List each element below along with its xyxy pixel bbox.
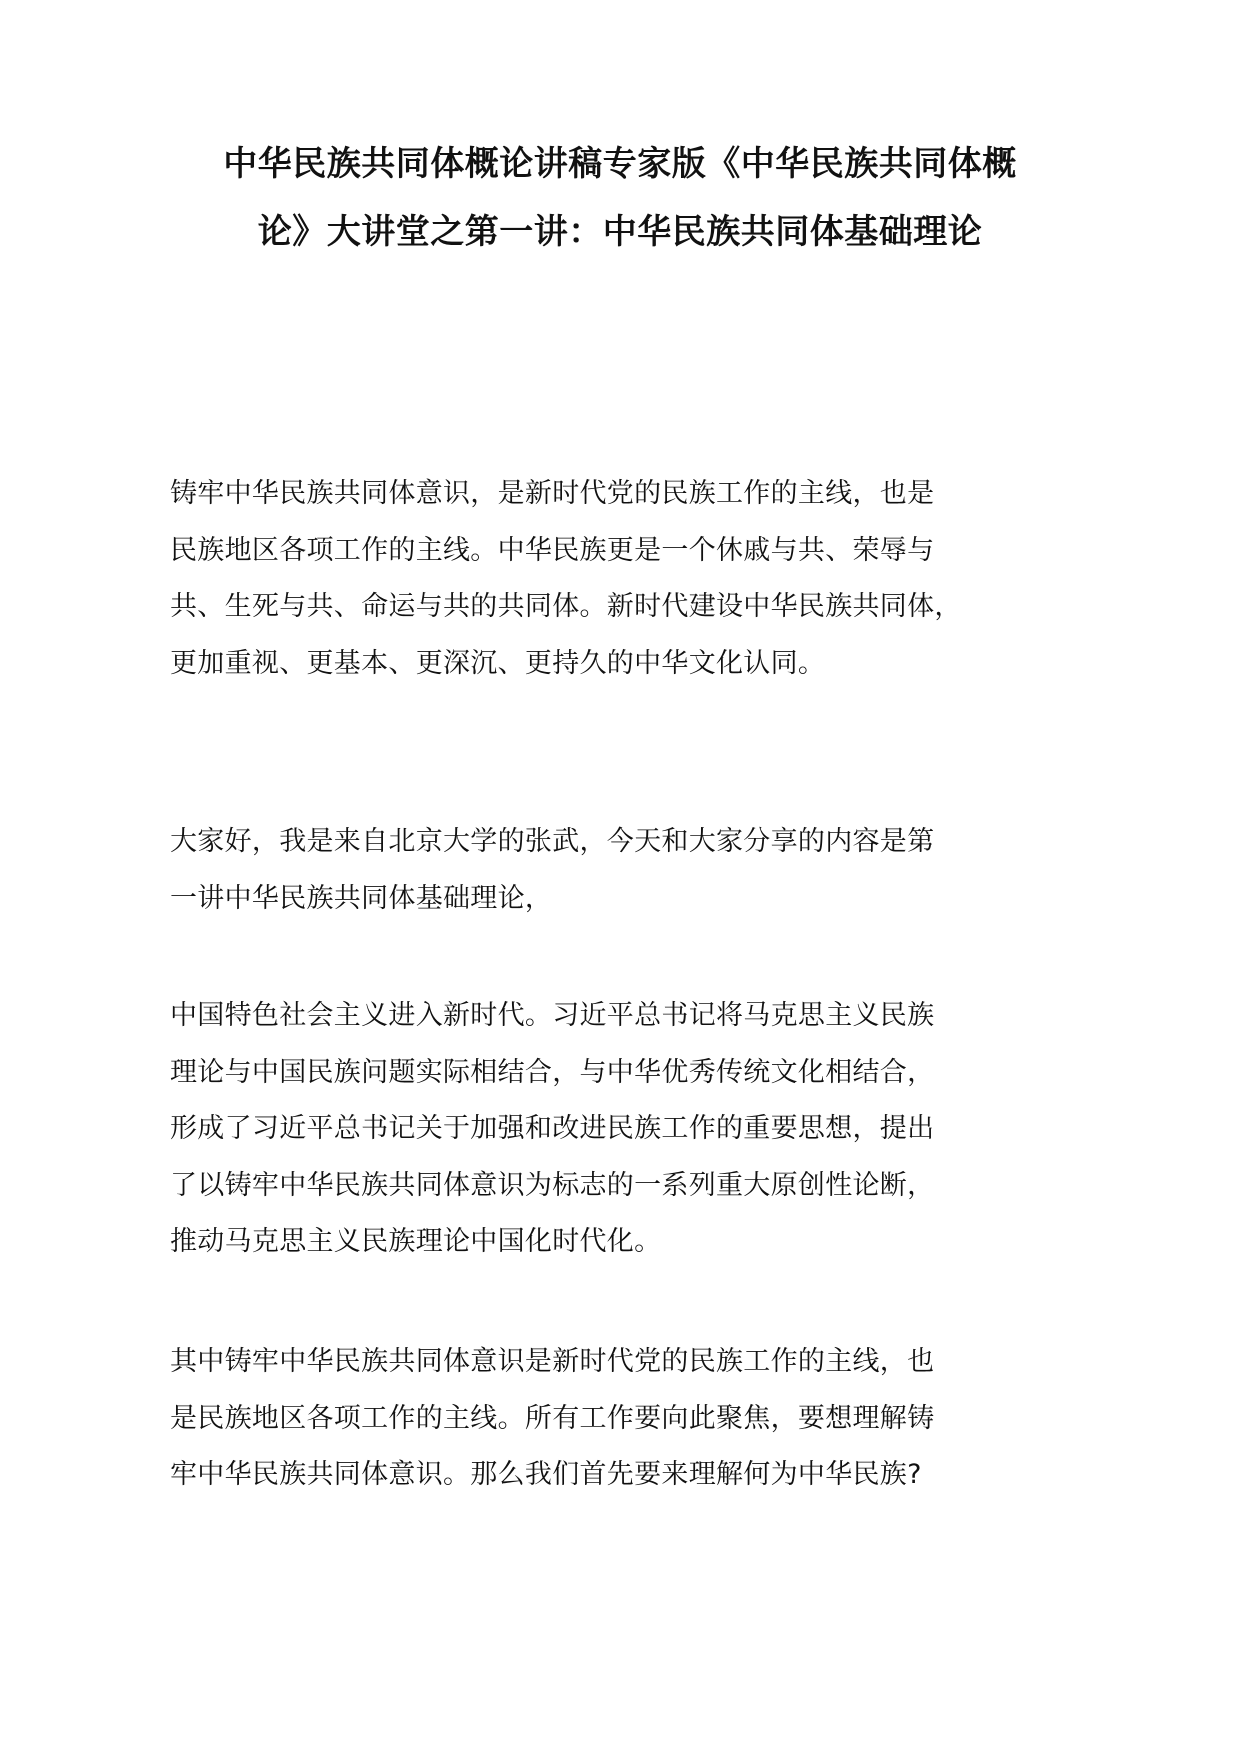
paragraph-line: 理论与中国民族问题实际相结合，与中华优秀传统文化相结合，	[170, 1045, 1070, 1102]
paragraph-line: 更加重视、更基本、更深沉、更持久的中华文化认同。	[170, 636, 1070, 693]
paragraph-line: 推动马克思主义民族理论中国化时代化。	[170, 1214, 1070, 1271]
paragraph-line: 其中铸牢中华民族共同体意识是新时代党的民族工作的主线，也	[170, 1334, 1070, 1391]
paragraph-intro: 铸牢中华民族共同体意识，是新时代党的民族工作的主线，也是 民族地区各项工作的主线…	[170, 466, 1070, 692]
title-line: 中华民族共同体概论讲稿专家版《中华民族共同体概	[150, 130, 1090, 198]
paragraph-line: 共、生死与共、命运与共的共同体。新时代建设中华民族共同体，	[170, 579, 1070, 636]
paragraph-line: 牢中华民族共同体意识。那么我们首先要来理解何为中华民族?	[170, 1447, 1070, 1504]
paragraph-line: 了以铸牢中华民族共同体意识为标志的一系列重大原创性论断，	[170, 1158, 1070, 1215]
paragraph-line: 民族地区各项工作的主线。中华民族更是一个休戚与共、荣辱与	[170, 523, 1070, 580]
document-title: 中华民族共同体概论讲稿专家版《中华民族共同体概 论》大讲堂之第一讲：中华民族共同…	[150, 130, 1090, 266]
paragraph-line: 大家好，我是来自北京大学的张武，今天和大家分享的内容是第	[170, 814, 1070, 871]
paragraph-main-line: 其中铸牢中华民族共同体意识是新时代党的民族工作的主线，也 是民族地区各项工作的主…	[170, 1334, 1070, 1504]
paragraph-line: 是民族地区各项工作的主线。所有工作要向此聚焦，要想理解铸	[170, 1391, 1070, 1448]
paragraph-line: 铸牢中华民族共同体意识，是新时代党的民族工作的主线，也是	[170, 466, 1070, 523]
paragraph-line: 形成了习近平总书记关于加强和改进民族工作的重要思想，提出	[170, 1101, 1070, 1158]
paragraph-line: 中国特色社会主义进入新时代。习近平总书记将马克思主义民族	[170, 988, 1070, 1045]
paragraph-line: 一讲中华民族共同体基础理论，	[170, 871, 1070, 928]
paragraph-new-era: 中国特色社会主义进入新时代。习近平总书记将马克思主义民族 理论与中国民族问题实际…	[170, 988, 1070, 1271]
document-page: 中华民族共同体概论讲稿专家版《中华民族共同体概 论》大讲堂之第一讲：中华民族共同…	[0, 0, 1240, 1754]
title-line: 论》大讲堂之第一讲：中华民族共同体基础理论	[150, 198, 1090, 266]
paragraph-greeting: 大家好，我是来自北京大学的张武，今天和大家分享的内容是第 一讲中华民族共同体基础…	[170, 814, 1070, 927]
